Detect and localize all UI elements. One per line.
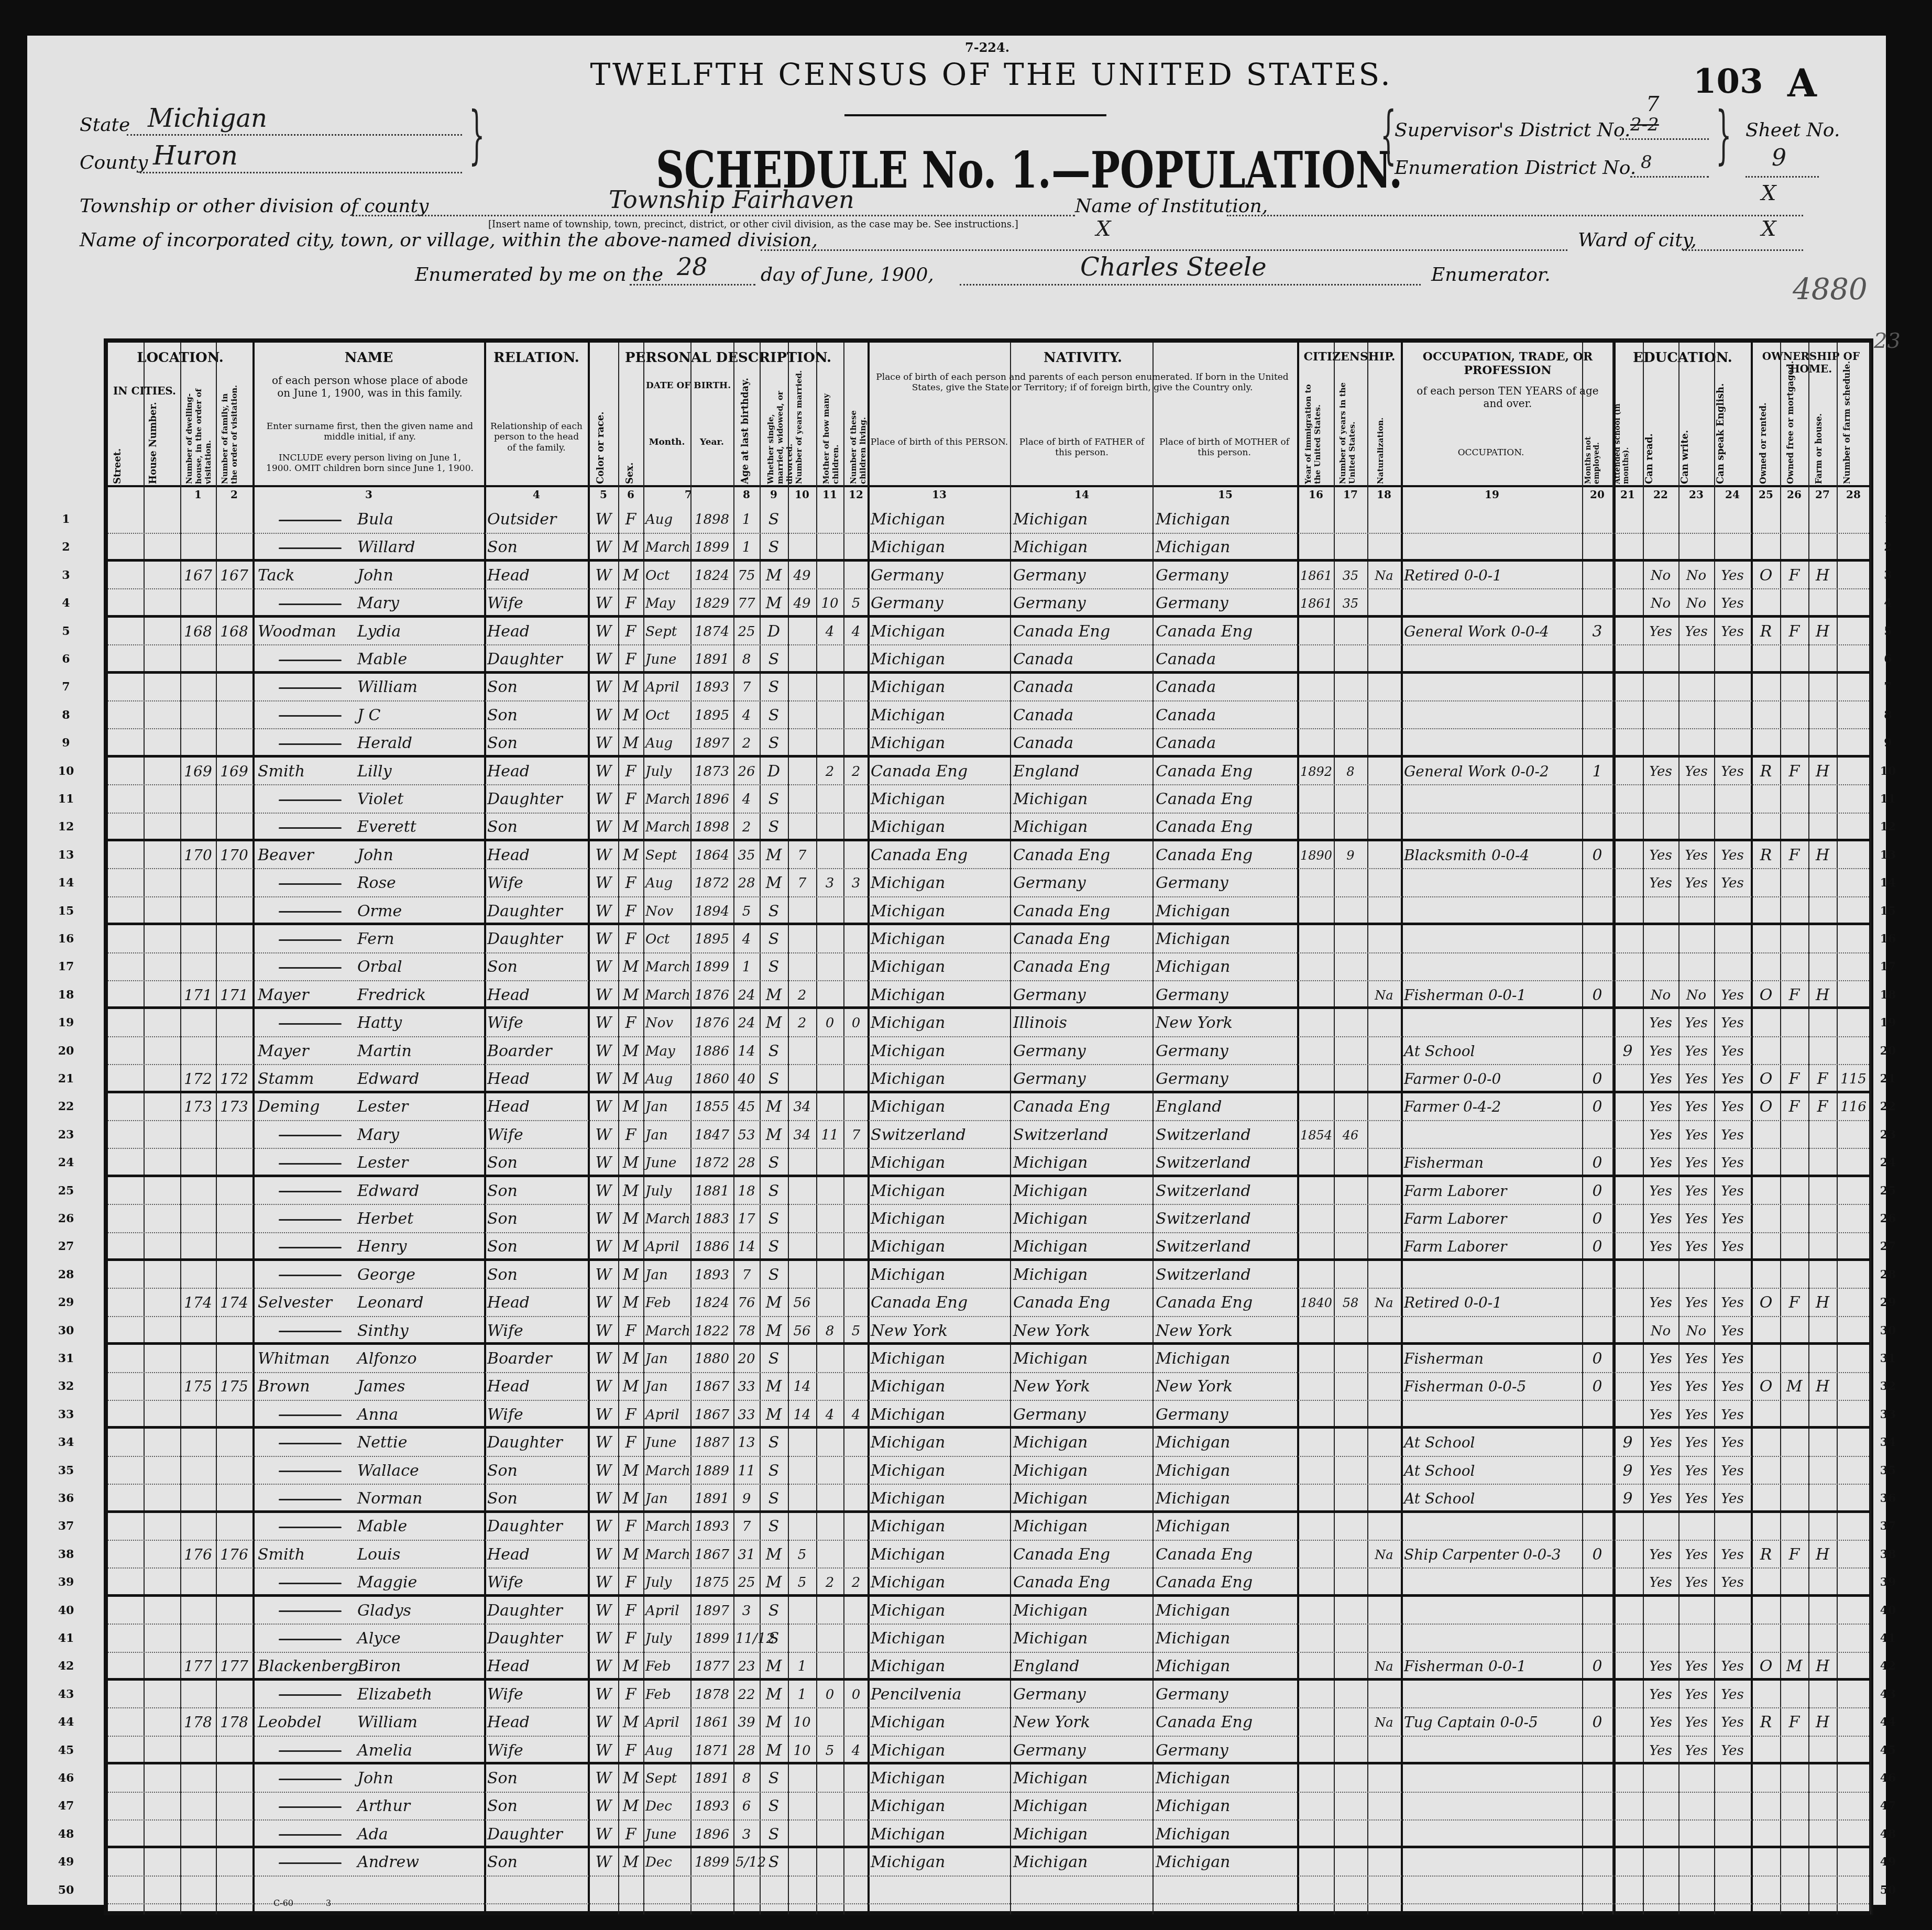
cell-sch — [1615, 1851, 1641, 1874]
cell-month: Jan — [645, 1124, 688, 1147]
enumerator-name: Charles Steele — [1080, 253, 1267, 282]
cell-pobf: Canada Eng — [1013, 620, 1150, 643]
cell-pobm: Germany — [1156, 1068, 1295, 1091]
cell-sex: M — [620, 1767, 641, 1790]
ditto-dash — [279, 883, 342, 885]
cell-color: W — [591, 1235, 616, 1258]
cell-pob: Canada Eng — [871, 760, 1008, 783]
cell-age: 7 — [736, 1515, 758, 1538]
cell-pobm: New York — [1156, 1012, 1295, 1035]
cell-ym — [790, 508, 814, 531]
cell-age: 28 — [736, 1739, 758, 1762]
cell-mar: M — [762, 1403, 786, 1427]
cell-fr — [1782, 1431, 1806, 1454]
cell-own — [1754, 872, 1778, 895]
cell-occ: Fisherman 0-0-1 — [1404, 984, 1580, 1007]
ditto-dash — [279, 1610, 342, 1612]
cell-cl — [846, 1515, 866, 1538]
cell-sex: F — [620, 788, 641, 811]
cell-rd: Yes — [1645, 1431, 1676, 1454]
column-number: 15 — [1154, 488, 1297, 501]
cell-ym — [790, 1431, 814, 1454]
cell-fm — [218, 1124, 250, 1147]
given-name: Herbet — [357, 1210, 413, 1228]
cell-mu — [1584, 928, 1610, 951]
cell-wr: Yes — [1681, 1291, 1712, 1314]
label-color: Color or race. — [595, 411, 606, 484]
cell-rd: Yes — [1645, 1124, 1676, 1147]
cell-pobf: Germany — [1013, 1683, 1150, 1706]
cell-rd: Yes — [1645, 872, 1676, 895]
cell-name: Orbal — [258, 956, 480, 979]
cell-age: 40 — [736, 1068, 758, 1091]
cell-own: O — [1754, 1375, 1778, 1398]
cell-imm — [1300, 1152, 1332, 1175]
cell-fs — [1839, 816, 1868, 839]
cell-yus — [1336, 1208, 1365, 1231]
cell-sch — [1615, 1795, 1641, 1818]
cell-yus — [1336, 1879, 1365, 1902]
cell-month: April — [645, 676, 688, 699]
cell-own: O — [1754, 1655, 1778, 1678]
cell-sp: Yes — [1716, 1152, 1749, 1175]
cell-occ: General Work 0-0-2 — [1404, 760, 1580, 783]
cell-fr — [1782, 1683, 1806, 1706]
column-number: 2 — [216, 488, 253, 501]
cell-mu — [1584, 872, 1610, 895]
cell-sex: M — [620, 1068, 641, 1091]
cell-ym: 10 — [790, 1739, 814, 1762]
cell-sp — [1716, 1795, 1749, 1818]
row-number-left: 35 — [56, 1464, 76, 1477]
cell-dw — [182, 592, 214, 615]
cell-name: George — [258, 1264, 480, 1287]
given-name: Wallace — [357, 1462, 419, 1480]
cell-nat — [1369, 1627, 1399, 1650]
cell-wr: Yes — [1681, 1460, 1712, 1483]
cell-fh — [1810, 872, 1835, 895]
cell-yus — [1336, 676, 1365, 699]
cell-rd: Yes — [1645, 1180, 1676, 1203]
label-years-us: Number of years in the United States. — [1338, 379, 1364, 484]
cell-occ — [1404, 508, 1580, 531]
cell-sex: M — [620, 1264, 641, 1287]
cell-pobm: Michigan — [1156, 928, 1295, 951]
cell-fm — [218, 1208, 250, 1231]
cell-pobm: Michigan — [1156, 1515, 1295, 1538]
table-row: FernDaughterWFOct18954SMichiganCanada En… — [108, 926, 1869, 953]
cell-sp: Yes — [1716, 1320, 1749, 1343]
cell-ym — [790, 1851, 814, 1874]
cell-imm: 1854 — [1300, 1124, 1332, 1147]
cell-pobf: Michigan — [1013, 1767, 1150, 1790]
given-name: Mary — [357, 1126, 399, 1144]
cell-pob: Michigan — [871, 1460, 1008, 1483]
row-number-right: 15 — [1878, 904, 1898, 918]
ditto-dash — [279, 715, 342, 717]
cell-color: W — [591, 872, 616, 895]
ditto-dash — [279, 1639, 342, 1640]
cell-pobm: Michigan — [1156, 1460, 1295, 1483]
cell-color: W — [591, 1683, 616, 1706]
cell-mu: 3 — [1584, 620, 1610, 643]
cell-ym: 5 — [790, 1543, 814, 1566]
cell-rel: Wife — [487, 1124, 586, 1147]
cell-nat — [1369, 676, 1399, 699]
cell-month: July — [645, 1627, 688, 1650]
column-number: 27 — [1808, 488, 1837, 501]
cell-cl — [846, 564, 866, 587]
cell-mu: 0 — [1584, 1095, 1610, 1118]
cell-fh — [1810, 1264, 1835, 1287]
cell-rd: Yes — [1645, 1460, 1676, 1483]
cell-fr — [1782, 1571, 1806, 1594]
row-number-left: 39 — [56, 1575, 76, 1589]
cell-pob: Michigan — [871, 1012, 1008, 1035]
cell-sex: F — [620, 1431, 641, 1454]
cell-sch — [1615, 1823, 1641, 1846]
cell-fs — [1839, 676, 1868, 699]
cell-sp: Yes — [1716, 1460, 1749, 1483]
cell-nat — [1369, 1068, 1399, 1091]
cell-own — [1754, 788, 1778, 811]
cell-age: 4 — [736, 928, 758, 951]
cell-mu — [1584, 648, 1610, 671]
cell-occ — [1404, 592, 1580, 615]
cell-dw — [182, 1571, 214, 1594]
cell-fr — [1782, 1235, 1806, 1258]
cell-nat — [1369, 1431, 1399, 1454]
ditto-dash — [279, 1862, 342, 1864]
cell-color: W — [591, 1795, 616, 1818]
cell-fh: H — [1810, 564, 1835, 587]
row-number-right: 41 — [1878, 1631, 1898, 1645]
cell-mu: 0 — [1584, 1655, 1610, 1678]
cell-sch — [1615, 564, 1641, 587]
cell-mar: D — [762, 760, 786, 783]
cell-month: Oct — [645, 564, 688, 587]
cell-sch — [1615, 984, 1641, 1007]
cell-sex: F — [620, 592, 641, 615]
cell-rel: Wife — [487, 1683, 586, 1706]
cell-pobm: Michigan — [1156, 1627, 1295, 1650]
cell-name: Herbet — [258, 1208, 480, 1231]
cell-sex: M — [620, 564, 641, 587]
ditto-dash — [279, 1443, 342, 1444]
cell-imm — [1300, 704, 1332, 727]
cell-yus — [1336, 1403, 1365, 1427]
cell-nat — [1369, 1012, 1399, 1035]
row-number-right: 39 — [1878, 1575, 1898, 1589]
surname: Deming — [258, 1095, 357, 1118]
cell-rel: Head — [487, 620, 586, 643]
cell-pobf: New York — [1013, 1375, 1150, 1398]
cell-year: 1894 — [693, 900, 731, 923]
given-name: John — [357, 1769, 393, 1788]
cell-name: Andrew — [258, 1851, 480, 1874]
cell-fm — [218, 1431, 250, 1454]
cell-sch — [1615, 1767, 1641, 1790]
cell-pobf: Canada — [1013, 676, 1150, 699]
cell-yus — [1336, 1711, 1365, 1734]
table-row: MaryWifeWFMay182977M49105GermanyGermanyG… — [108, 590, 1869, 618]
cell-name: DemingLester — [258, 1095, 480, 1118]
row-number-right: 35 — [1878, 1464, 1898, 1477]
supervisor-struck: 2-2 — [1630, 114, 1659, 135]
cell-mu — [1584, 1515, 1610, 1538]
sheet-label: Sheet No. — [1746, 119, 1840, 141]
cell-sp: Yes — [1716, 1683, 1749, 1706]
cell-pobm: Canada — [1156, 676, 1295, 699]
cell-month: Dec — [645, 1795, 688, 1818]
cell-cl — [846, 1068, 866, 1091]
cell-mar: S — [762, 508, 786, 531]
cell-fh — [1810, 788, 1835, 811]
given-name: Orme — [357, 902, 402, 920]
cell-cl — [846, 704, 866, 727]
cell-nat — [1369, 956, 1399, 979]
ditto-dash — [279, 1806, 342, 1808]
cell-year: 1855 — [693, 1095, 731, 1118]
cell-year: 1893 — [693, 1515, 731, 1538]
cell-rd: No — [1645, 984, 1676, 1007]
label-can-speak: Can speak English. — [1715, 390, 1726, 484]
cell-yus — [1336, 1543, 1365, 1566]
cell-fs — [1839, 1180, 1868, 1203]
row-number-right: 30 — [1878, 1324, 1898, 1337]
row-number-left: 11 — [56, 792, 76, 806]
cell-pobm: Michigan — [1156, 1347, 1295, 1370]
cell-fs — [1839, 956, 1868, 979]
given-name: Alyce — [357, 1629, 401, 1648]
cell-sp: Yes — [1716, 984, 1749, 1007]
cell-mu: 0 — [1584, 1180, 1610, 1203]
cell-pob: Michigan — [871, 1823, 1008, 1846]
cell-rd — [1645, 648, 1676, 671]
cell-fs — [1839, 1208, 1868, 1231]
cell-imm — [1300, 1767, 1332, 1790]
title-rule — [844, 114, 1106, 116]
cell-fh: H — [1810, 1291, 1835, 1314]
cell-wr: Yes — [1681, 872, 1712, 895]
cell-age: 11 — [736, 1460, 758, 1483]
surname: Brown — [258, 1375, 357, 1398]
cell-sp: Yes — [1716, 1095, 1749, 1118]
cell-month: March — [645, 1320, 688, 1343]
row-number-left: 13 — [56, 848, 76, 862]
table-row: 172172StammEdwardHeadWMAug186040SMichiga… — [108, 1066, 1869, 1093]
cell-year: 1891 — [693, 1767, 731, 1790]
footer-number: 3 — [326, 1898, 331, 1908]
cell-age: 7 — [736, 1264, 758, 1287]
cell-sex: M — [620, 1375, 641, 1398]
cell-occ — [1404, 732, 1580, 755]
cell-mc — [818, 1291, 841, 1314]
cell-pobm: Canada Eng — [1156, 620, 1295, 643]
cell-mc — [818, 1515, 841, 1538]
row-number-right: 9 — [1878, 736, 1898, 750]
cell-occ — [1404, 1823, 1580, 1846]
cell-pob: Germany — [871, 592, 1008, 615]
row-number-right: 5 — [1878, 624, 1898, 638]
cell-pobf: Germany — [1013, 872, 1150, 895]
cell-month: Sept — [645, 1767, 688, 1790]
surname: Beaver — [258, 844, 357, 867]
cell-sch — [1615, 1543, 1641, 1566]
cell-nat — [1369, 760, 1399, 783]
cell-sp: Yes — [1716, 592, 1749, 615]
cell-pobf: Michigan — [1013, 1487, 1150, 1510]
cell-fr — [1782, 788, 1806, 811]
row-number-left: 41 — [56, 1631, 76, 1645]
cell-pob: Michigan — [871, 1795, 1008, 1818]
cell-mar: S — [762, 816, 786, 839]
cell-pobm: Michigan — [1156, 900, 1295, 923]
cell-fr: M — [1782, 1375, 1806, 1398]
cell-pob: Michigan — [871, 1515, 1008, 1538]
cell-rd: Yes — [1645, 1012, 1676, 1035]
label-years-married: Number of years married. — [794, 379, 804, 484]
cell-dw — [182, 1795, 214, 1818]
cell-month: Nov — [645, 900, 688, 923]
cell-cl: 4 — [846, 1403, 866, 1427]
cell-month: Feb — [645, 1291, 688, 1314]
cell-wr: Yes — [1681, 1180, 1712, 1203]
cell-dw — [182, 1235, 214, 1258]
cell-wr: Yes — [1681, 1487, 1712, 1510]
cell-yus: 35 — [1336, 592, 1365, 615]
surname: Blackenberg — [258, 1655, 357, 1678]
given-name: Herald — [357, 734, 412, 752]
cell-age: 76 — [736, 1291, 758, 1314]
cell-fh: H — [1810, 760, 1835, 783]
cell-sch — [1615, 1599, 1641, 1622]
cell-pob: Michigan — [871, 1767, 1008, 1790]
left-brace: } — [469, 98, 485, 171]
cell-cl: 5 — [846, 592, 866, 615]
cell-cl — [846, 676, 866, 699]
cell-pobf: England — [1013, 760, 1150, 783]
cell-rel: Head — [487, 1543, 586, 1566]
group-citizenship: CITIZENSHIP. — [1298, 350, 1401, 364]
cell-ym — [790, 956, 814, 979]
cell-fr — [1782, 1460, 1806, 1483]
cell-imm — [1300, 1571, 1332, 1594]
cell-fh — [1810, 928, 1835, 951]
cell-imm — [1300, 620, 1332, 643]
cell-own — [1754, 1823, 1778, 1846]
row-number-left: 4 — [56, 596, 76, 610]
cell-pobm: Switzerland — [1156, 1208, 1295, 1231]
cell-yus — [1336, 1515, 1365, 1538]
cell-imm — [1300, 536, 1332, 559]
cell-nat: Na — [1369, 1711, 1399, 1734]
row-number-left: 22 — [56, 1100, 76, 1113]
cell-fm: 174 — [218, 1291, 250, 1314]
cell-fh — [1810, 1152, 1835, 1175]
cell-imm — [1300, 676, 1332, 699]
cell-sp: Yes — [1716, 620, 1749, 643]
cell-sex: F — [620, 1124, 641, 1147]
row-number-left: 16 — [56, 932, 76, 946]
cell-pobm: Canada Eng — [1156, 1291, 1295, 1314]
cell-wr — [1681, 1264, 1712, 1287]
cell-occ: Retired 0-0-1 — [1404, 1291, 1580, 1314]
cell-nat — [1369, 1235, 1399, 1258]
cell-rd: Yes — [1645, 844, 1676, 867]
cell-yus — [1336, 1264, 1365, 1287]
cell-sch — [1615, 1068, 1641, 1091]
cell-month: July — [645, 760, 688, 783]
cell-fs — [1839, 1795, 1868, 1818]
cell-wr — [1681, 1795, 1712, 1818]
row-number-right: 50 — [1878, 1883, 1898, 1897]
cell-own — [1754, 1208, 1778, 1231]
cell-fr — [1782, 900, 1806, 923]
cell-fh — [1810, 1040, 1835, 1063]
cell-month: March — [645, 984, 688, 1007]
cell-age: 33 — [736, 1375, 758, 1398]
row-number-left: 20 — [56, 1044, 76, 1058]
cell-sp: Yes — [1716, 844, 1749, 867]
cell-mc: 11 — [818, 1124, 841, 1147]
table-row: 5050 — [108, 1877, 1869, 1905]
cell-pobf: Michigan — [1013, 1627, 1150, 1650]
cell-fh — [1810, 1879, 1835, 1902]
cell-cl — [846, 1431, 866, 1454]
supervisor-line — [1620, 138, 1709, 140]
cell-sch — [1615, 1711, 1641, 1734]
cell-pobf: Michigan — [1013, 1851, 1150, 1874]
cell-sex: M — [620, 1347, 641, 1370]
cell-occ — [1404, 1739, 1580, 1762]
cell-age: 31 — [736, 1543, 758, 1566]
cell-occ: General Work 0-0-4 — [1404, 620, 1580, 643]
cell-nat — [1369, 1599, 1399, 1622]
cell-name: Fern — [258, 928, 480, 951]
cell-mu — [1584, 1795, 1610, 1818]
cell-pob: Michigan — [871, 1599, 1008, 1622]
cell-yus: 35 — [1336, 564, 1365, 587]
cell-occ — [1404, 1571, 1580, 1594]
cell-own — [1754, 1124, 1778, 1147]
cell-rd: No — [1645, 564, 1676, 587]
cell-fm — [218, 1403, 250, 1427]
row-number-left: 37 — [56, 1519, 76, 1533]
enumeration-value: 8 — [1641, 152, 1652, 173]
cell-rel: Wife — [487, 1571, 586, 1594]
cell-rel: Daughter — [487, 648, 586, 671]
cell-dw — [182, 1320, 214, 1343]
cell-sp: Yes — [1716, 1180, 1749, 1203]
cell-pobm: Germany — [1156, 872, 1295, 895]
cell-own — [1754, 1235, 1778, 1258]
row-number-right: 4 — [1878, 596, 1898, 610]
given-name: Mable — [357, 1517, 407, 1536]
cell-mu — [1584, 508, 1610, 531]
cell-imm — [1300, 1655, 1332, 1678]
cell-rd — [1645, 900, 1676, 923]
table-row: OrbalSonWMMarch18991SMichiganCanada EngM… — [108, 953, 1869, 981]
cell-sch: 9 — [1615, 1431, 1641, 1454]
cell-month: March — [645, 536, 688, 559]
cell-dw — [182, 1879, 214, 1902]
cell-rd: Yes — [1645, 1235, 1676, 1258]
cell-dw — [182, 1627, 214, 1650]
cell-ym: 34 — [790, 1124, 814, 1147]
cell-name: Edward — [258, 1180, 480, 1203]
cell-wr — [1681, 1515, 1712, 1538]
